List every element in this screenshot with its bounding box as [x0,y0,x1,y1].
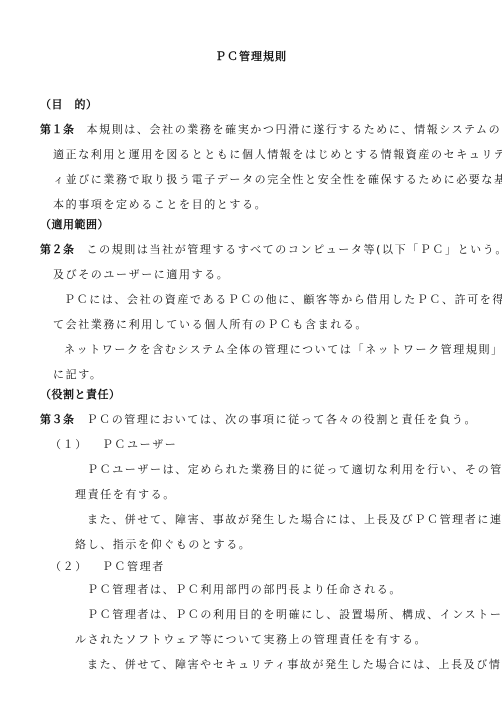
article-3-line-1: 第３条ＰＣの管理においては、次の事項に従って各々の役割と責任を負う。 [40,413,477,427]
item-1-line-1: ＰＣユーザーは、定められた業務目的に従って適切な利用を行い、その管 [87,463,502,477]
document-page: ＰＣ管理規則 （目 的） 第１条本規則は、会社の業務を確実かつ円滑に遂行するため… [0,0,502,721]
item-2-line-2: ＰＣ管理者は、ＰＣの利用目的を明確にし、設置場所、構成、インストー [87,608,502,622]
article-1-line-4: 本的事項を定めることを目的とする。 [53,198,267,212]
item-2-line-4: また、併せて、障害やセキュリティ事故が発生した場合には、上長及び情 [87,658,501,672]
article-2-line-5: ネットワークを含むシステム全体の管理については「ネットワーク管理規則」 [64,343,502,357]
item-2-header: （２）ＰＣ管理者 [50,560,165,574]
article-1-line-3: ィ並びに業務で取り扱う電子データの完全性と安全性を確保するために必要な基 [53,173,502,187]
item-1-line-2: 理責任を有する。 [75,488,176,502]
item-number: （２） [50,560,88,573]
item-1-header: （１）ＰＣユーザー [50,438,177,452]
section-heading-scope: （適用範囲） [40,218,109,232]
item-1-line-3: また、併せて、障害、事故が発生した場合には、上長及びＰＣ管理者に連 [87,513,502,527]
article-number: 第１条 [40,123,75,136]
item-label: ＰＣユーザー [102,438,178,451]
article-text: ＰＣの管理においては、次の事項に従って各々の役割と責任を負う。 [87,413,478,426]
article-2-line-2: 及びそのユーザーに適用する。 [53,268,229,282]
item-number: （１） [50,438,88,451]
document-title: ＰＣ管理規則 [0,48,502,64]
item-1-line-4: 絡し、指示を仰ぐものとする。 [75,538,251,552]
item-2-line-3: ルされたソフトウェア等について実務上の管理責任を有する。 [75,633,427,647]
article-text: この規則は当社が管理するすべてのコンピュータ等(以下「ＰＣ」という。)、 [87,243,502,256]
article-1-line-2: 適正な利用と運用を図るとともに個人情報をはじめとする情報資産のセキュリテ [53,148,502,162]
item-label: ＰＣ管理者 [102,560,165,573]
article-1-line-1: 第１条本規則は、会社の業務を確実かつ円滑に遂行するために、情報システムの [40,123,501,137]
item-2-line-1: ＰＣ管理者は、ＰＣ利用部門の部門長より任命される。 [87,583,402,597]
section-heading-roles: （役割と責任） [40,388,121,402]
article-2-line-3: ＰＣには、会社の資産であるＰＣの他に、顧客等から借用したＰＣ、許可を得 [64,293,502,307]
section-heading-purpose: （目 的） [40,98,98,112]
article-text: 本規則は、会社の業務を確実かつ円滑に遂行するために、情報システムの [87,123,502,136]
article-2-line-1: 第２条この規則は当社が管理するすべてのコンピュータ等(以下「ＰＣ」という。)、 [40,243,502,257]
article-2-line-4: て会社業務に利用している個人所有のＰＣも含まれる。 [53,318,368,332]
article-number: 第２条 [40,243,75,256]
article-2-line-6: に記す。 [53,368,103,382]
article-number: 第３条 [40,413,75,426]
